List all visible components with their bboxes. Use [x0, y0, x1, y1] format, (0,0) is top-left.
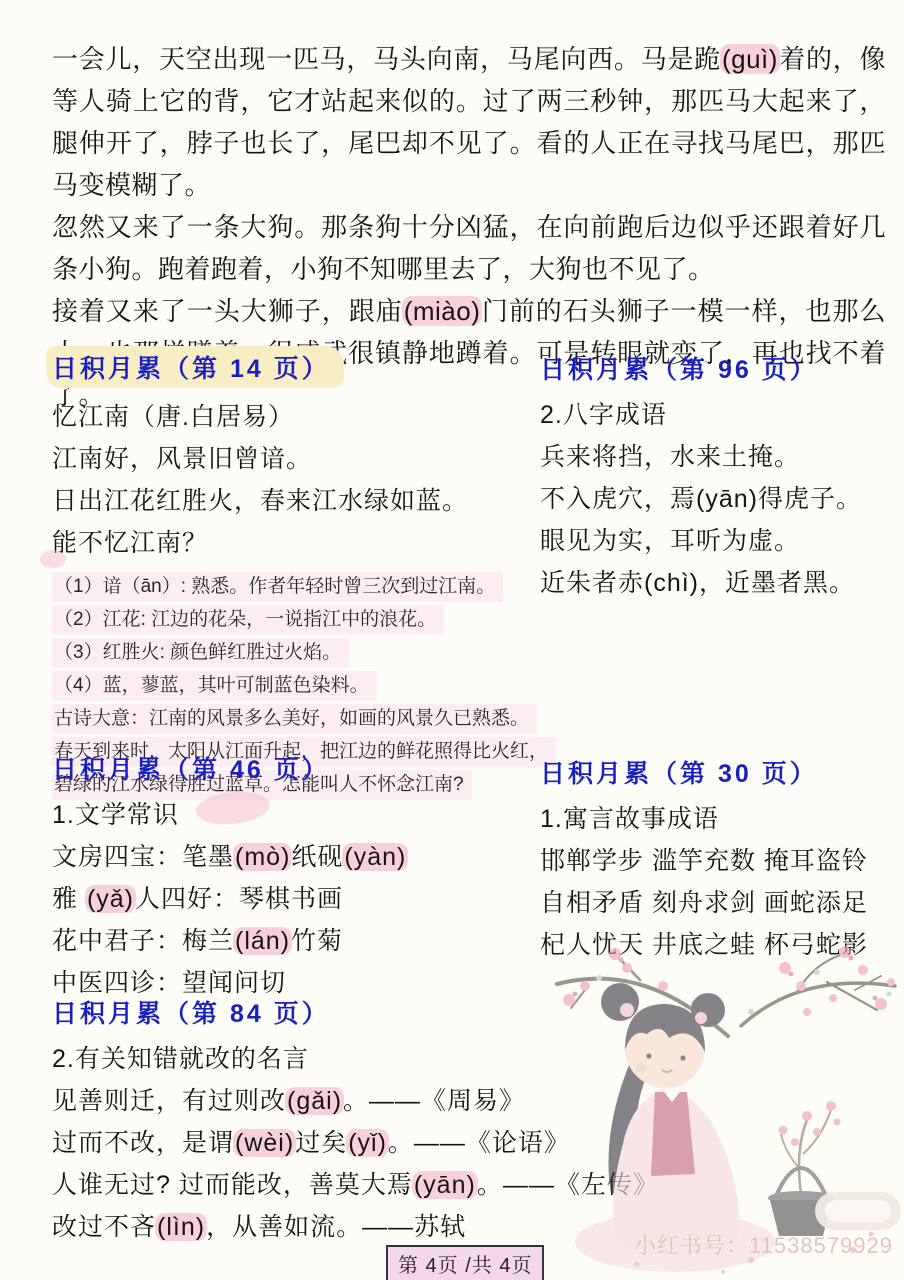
poem-line: 能不忆江南？: [52, 522, 532, 564]
watermark-account-number: 小红书号：11538579929: [634, 1229, 893, 1260]
badge-inner-shape: [825, 1200, 891, 1222]
section-title-page-96: 日积月累（第 96 页）: [540, 350, 818, 386]
worksheet-page: 一会儿，天空出现一匹马，马头向南，马尾向西。马是跪(guì)着的，像等人骑上它的…: [0, 0, 905, 1280]
passage-paragraph-dog: 忽然又来了一条大狗。那条狗十分凶猛，在向前跑后边似乎还跟着好几条小狗。跑着跑着，…: [52, 206, 886, 290]
passage-paragraph-horse: 一会儿，天空出现一匹马，马头向南，马尾向西。马是跪(guì)着的，像等人骑上它的…: [52, 38, 886, 206]
idiom-line: 自相矛盾 刻舟求剑 画蛇添足: [540, 882, 902, 924]
section-page-30: 日积月累（第 30 页） 1.寓言故事成语 邯郸学步 滥竽充数 掩耳盗铃 自相矛…: [540, 754, 902, 966]
idiom-line: 不入虎穴，焉(yān)得虎子。: [540, 478, 900, 520]
poem-title: 忆江南（唐.白居易）: [52, 396, 532, 438]
section-title-page-30: 日积月累（第 30 页）: [540, 754, 818, 790]
section-title-page-14: 日积月累（第 14 页）: [46, 346, 344, 388]
pink-smudge-decoration: [40, 550, 66, 568]
section-subtitle: 1.寓言故事成语: [540, 798, 902, 840]
section-title-page-84: 日积月累（第 84 页）: [52, 994, 330, 1030]
section-page-96: 日积月累（第 96 页） 2.八字成语 兵来将挡，水来土掩。 不入虎穴，焉(yā…: [540, 350, 900, 604]
section-subtitle: 1.文学常识: [52, 794, 532, 836]
page-indicator: 第 4页 /共 4页: [386, 1245, 544, 1280]
annotation-line: （2）江花: 江边的花朵，一说指江中的浪花。: [52, 605, 444, 635]
knowledge-line: 雅 (yǎ)人四好：琴棋书画: [52, 878, 532, 920]
idiom-line: 邯郸学步 滥竽充数 掩耳盗铃: [540, 840, 902, 882]
knowledge-line: 花中君子：梅兰(lán)竹菊: [52, 920, 532, 962]
section-subtitle: 2.八字成语: [540, 394, 900, 436]
poem-meaning-line: 古诗大意：江南的风景多么美好，如画的风景久已熟悉。: [52, 704, 537, 734]
xiaohongshu-badge-blob: [815, 1192, 901, 1230]
poem-line: 江南好，风景旧曾谙。: [52, 438, 532, 480]
annotation-line: （1）谙（ān）: 熟悉。作者年轻时曾三次到过江南。: [52, 572, 503, 602]
idiom-line: 眼见为实，耳听为虚。: [540, 520, 900, 562]
section-page-46: 日积月累（第 46 页） 1.文学常识 文房四宝：笔墨(mò)纸砚(yàn) 雅…: [52, 750, 532, 1004]
section-page-14: 日积月累（第 14 页） 忆江南（唐.白居易） 江南好，风景旧曾谙。 日出江花红…: [52, 346, 532, 803]
poem-line: 日出江花红胜火，春来江水绿如蓝。: [52, 480, 532, 522]
annotation-line: （4）蓝，蓼蓝，其叶可制蓝色染料。: [52, 671, 377, 701]
idiom-line: 兵来将挡，水来土掩。: [540, 436, 900, 478]
section-title-page-46: 日积月累（第 46 页）: [52, 750, 330, 786]
idiom-line: 近朱者赤(chì)，近墨者黑。: [540, 562, 900, 604]
knowledge-line: 文房四宝：笔墨(mò)纸砚(yàn): [52, 836, 532, 878]
annotation-line: （3）红胜火: 颜色鲜红胜过火焰。: [52, 638, 349, 668]
